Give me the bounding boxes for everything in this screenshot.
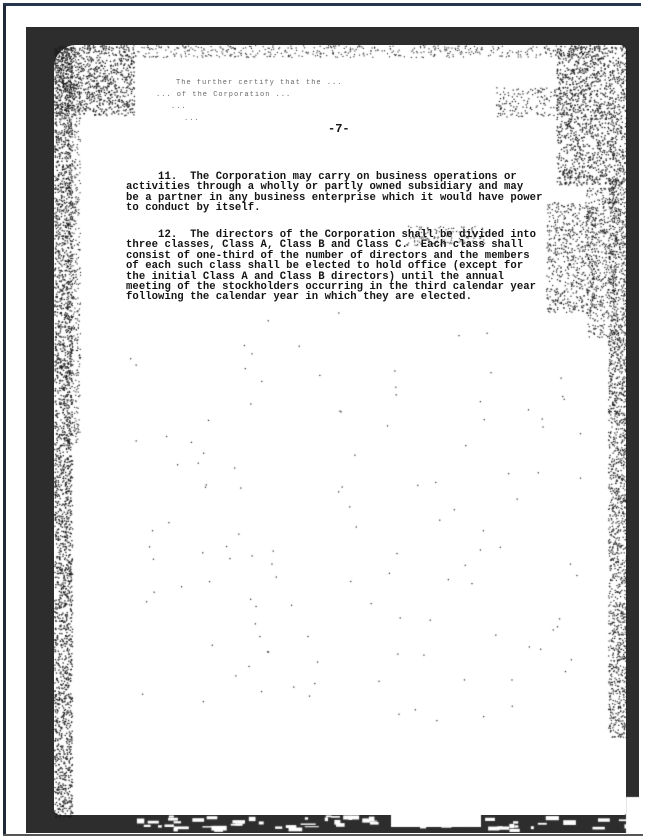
faded-header-line: ... of the Corporation ...: [156, 91, 296, 99]
frame-top-rule: [3, 3, 641, 6]
frame-left-rule: [3, 5, 6, 835]
faded-header-line: The further certify that the ...: [176, 79, 348, 87]
faded-header-line: ...: [184, 115, 205, 123]
paragraph-12: 12. The directors of the Corporation sha…: [126, 230, 596, 303]
page-number: -7-: [328, 122, 350, 136]
paper-area: [54, 45, 626, 815]
faded-header-line: ...: [171, 103, 192, 111]
paragraph-11: 11. The Corporation may carry on busines…: [126, 172, 596, 214]
scanned-page: The further certify that the ... ... of …: [26, 27, 639, 833]
frame-bottom-rule: [3, 834, 643, 836]
